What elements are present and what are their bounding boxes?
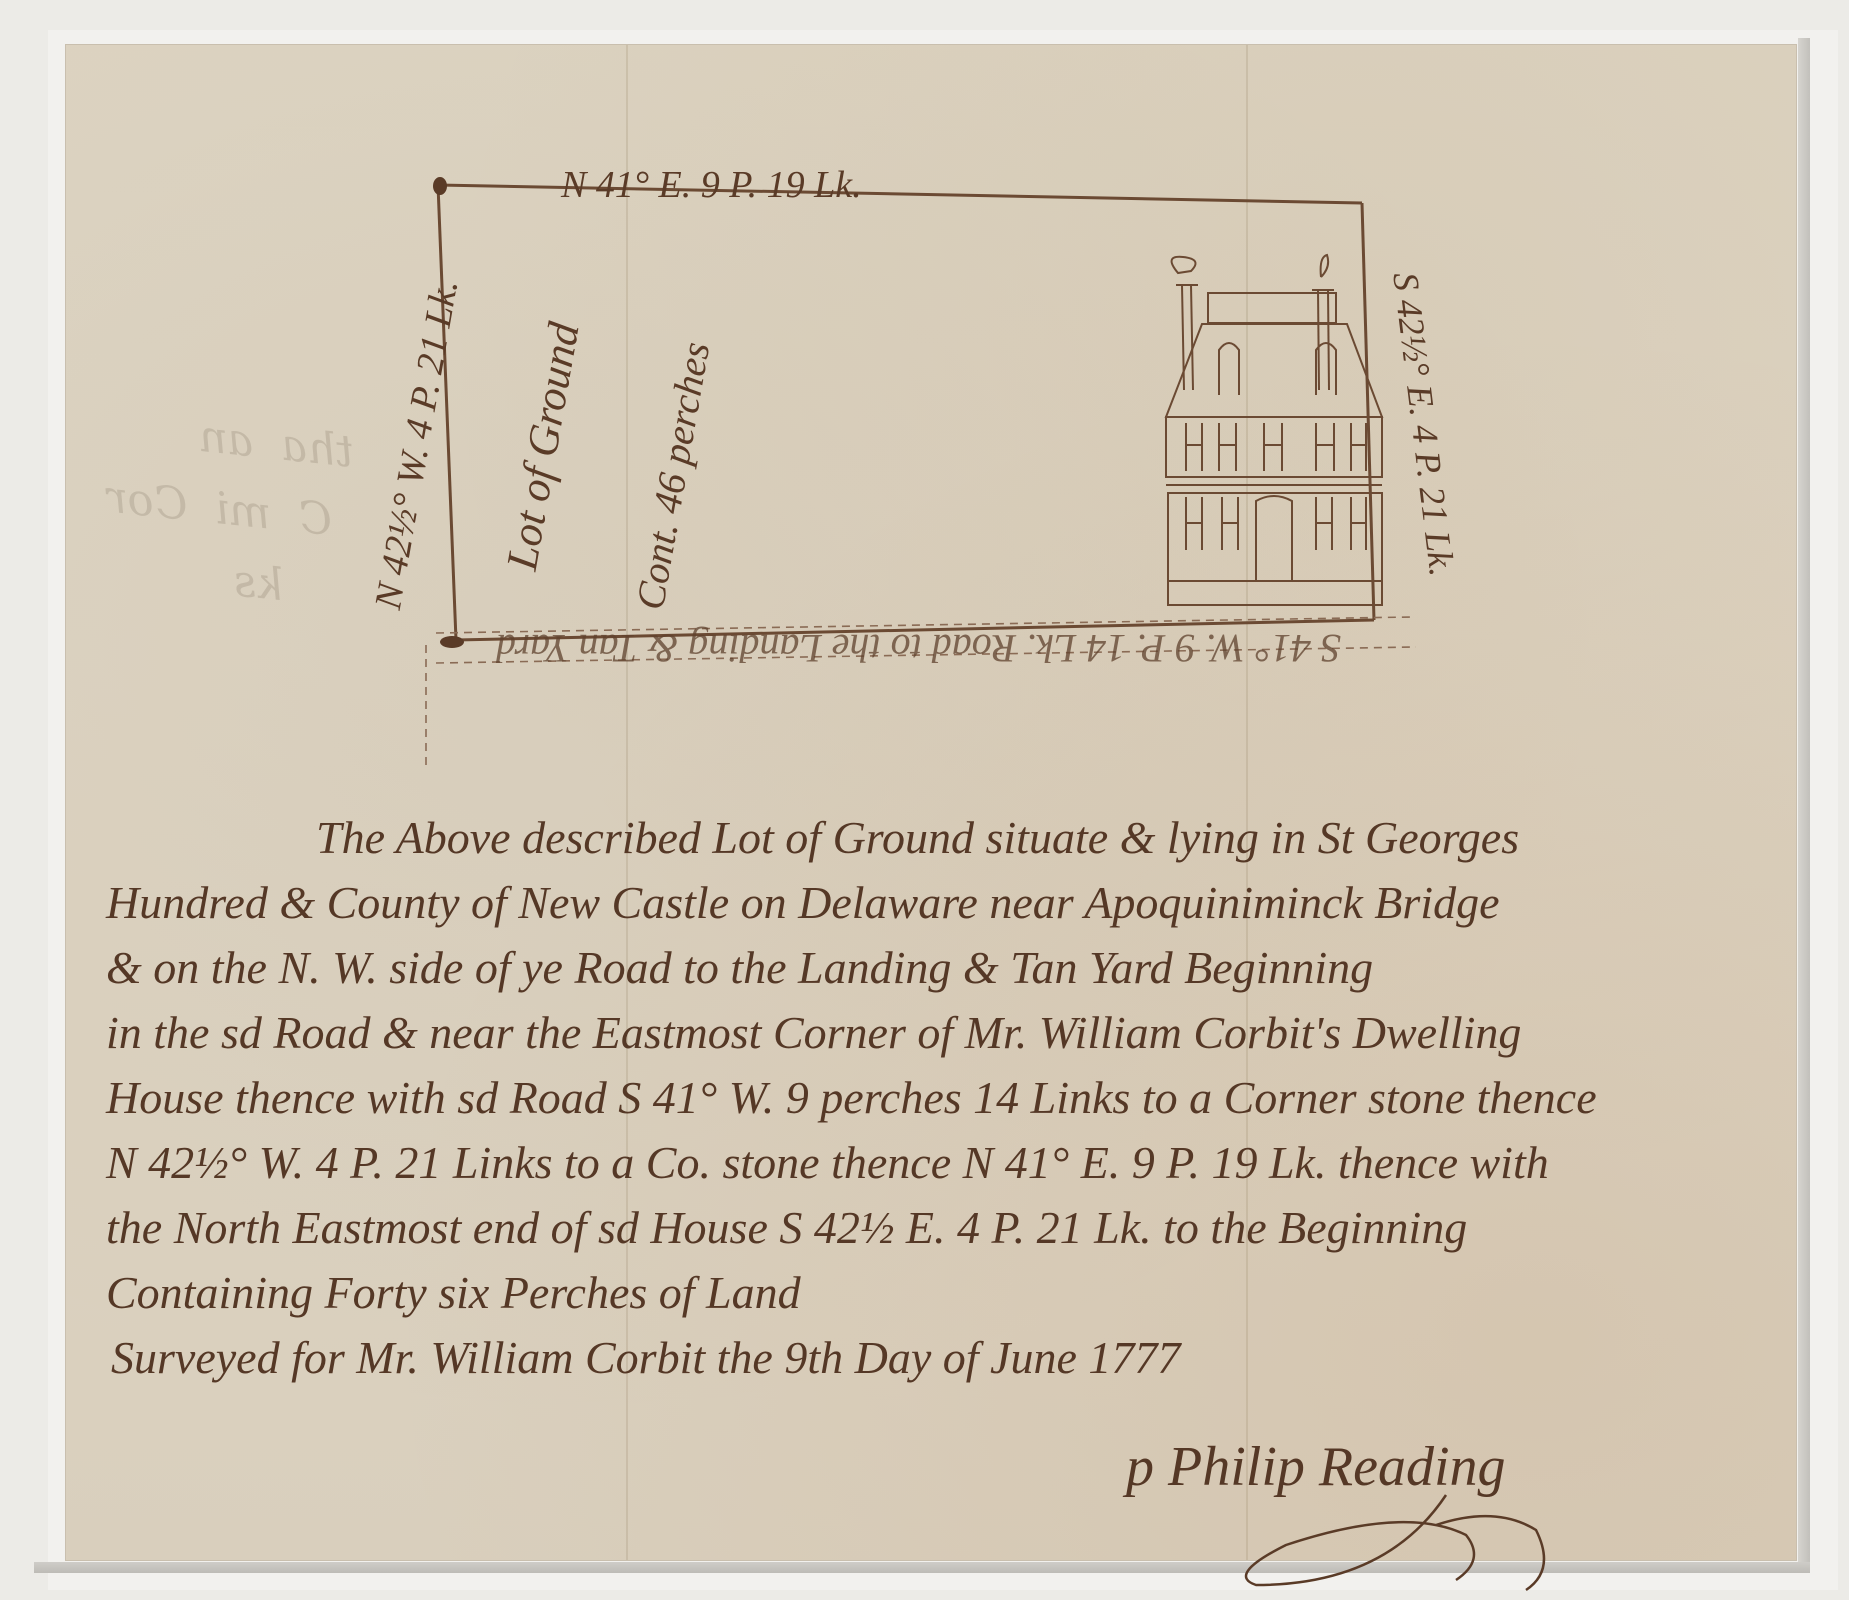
mat-bevel-right (1798, 38, 1810, 1573)
survey-date-line: Surveyed for Mr. William Corbit the 9th … (106, 1325, 1796, 1390)
document-paper: tha an C mi Cor ks (66, 45, 1796, 1560)
description-line: The Above described Lot of Ground situat… (106, 805, 1796, 870)
signature-flourish-icon (1196, 1485, 1616, 1600)
road-boundary-label-mirrored: S 41° W. 9 P. 14 Lk. Road to the Landing… (496, 625, 1341, 672)
top-boundary-label: N 41° E. 9 P. 19 Lk. (561, 163, 862, 207)
plat-diagram (66, 45, 1796, 805)
description-line: in the sd Road & near the Eastmost Corne… (106, 1000, 1796, 1065)
description-line: Containing Forty six Perches of Land (106, 1260, 1796, 1325)
description-line: the North Eastmost end of sd House S 42½… (106, 1195, 1796, 1260)
description-line: & on the N. W. side of ye Road to the La… (106, 935, 1796, 1000)
description-line: House thence with sd Road S 41° W. 9 per… (106, 1065, 1796, 1130)
house-drawing-icon (1166, 255, 1382, 605)
description-line: N 42½° W. 4 P. 21 Links to a Co. stone t… (106, 1130, 1796, 1195)
description-line: Hundred & County of New Castle on Delawa… (106, 870, 1796, 935)
survey-description: The Above described Lot of Ground situat… (106, 805, 1796, 1390)
